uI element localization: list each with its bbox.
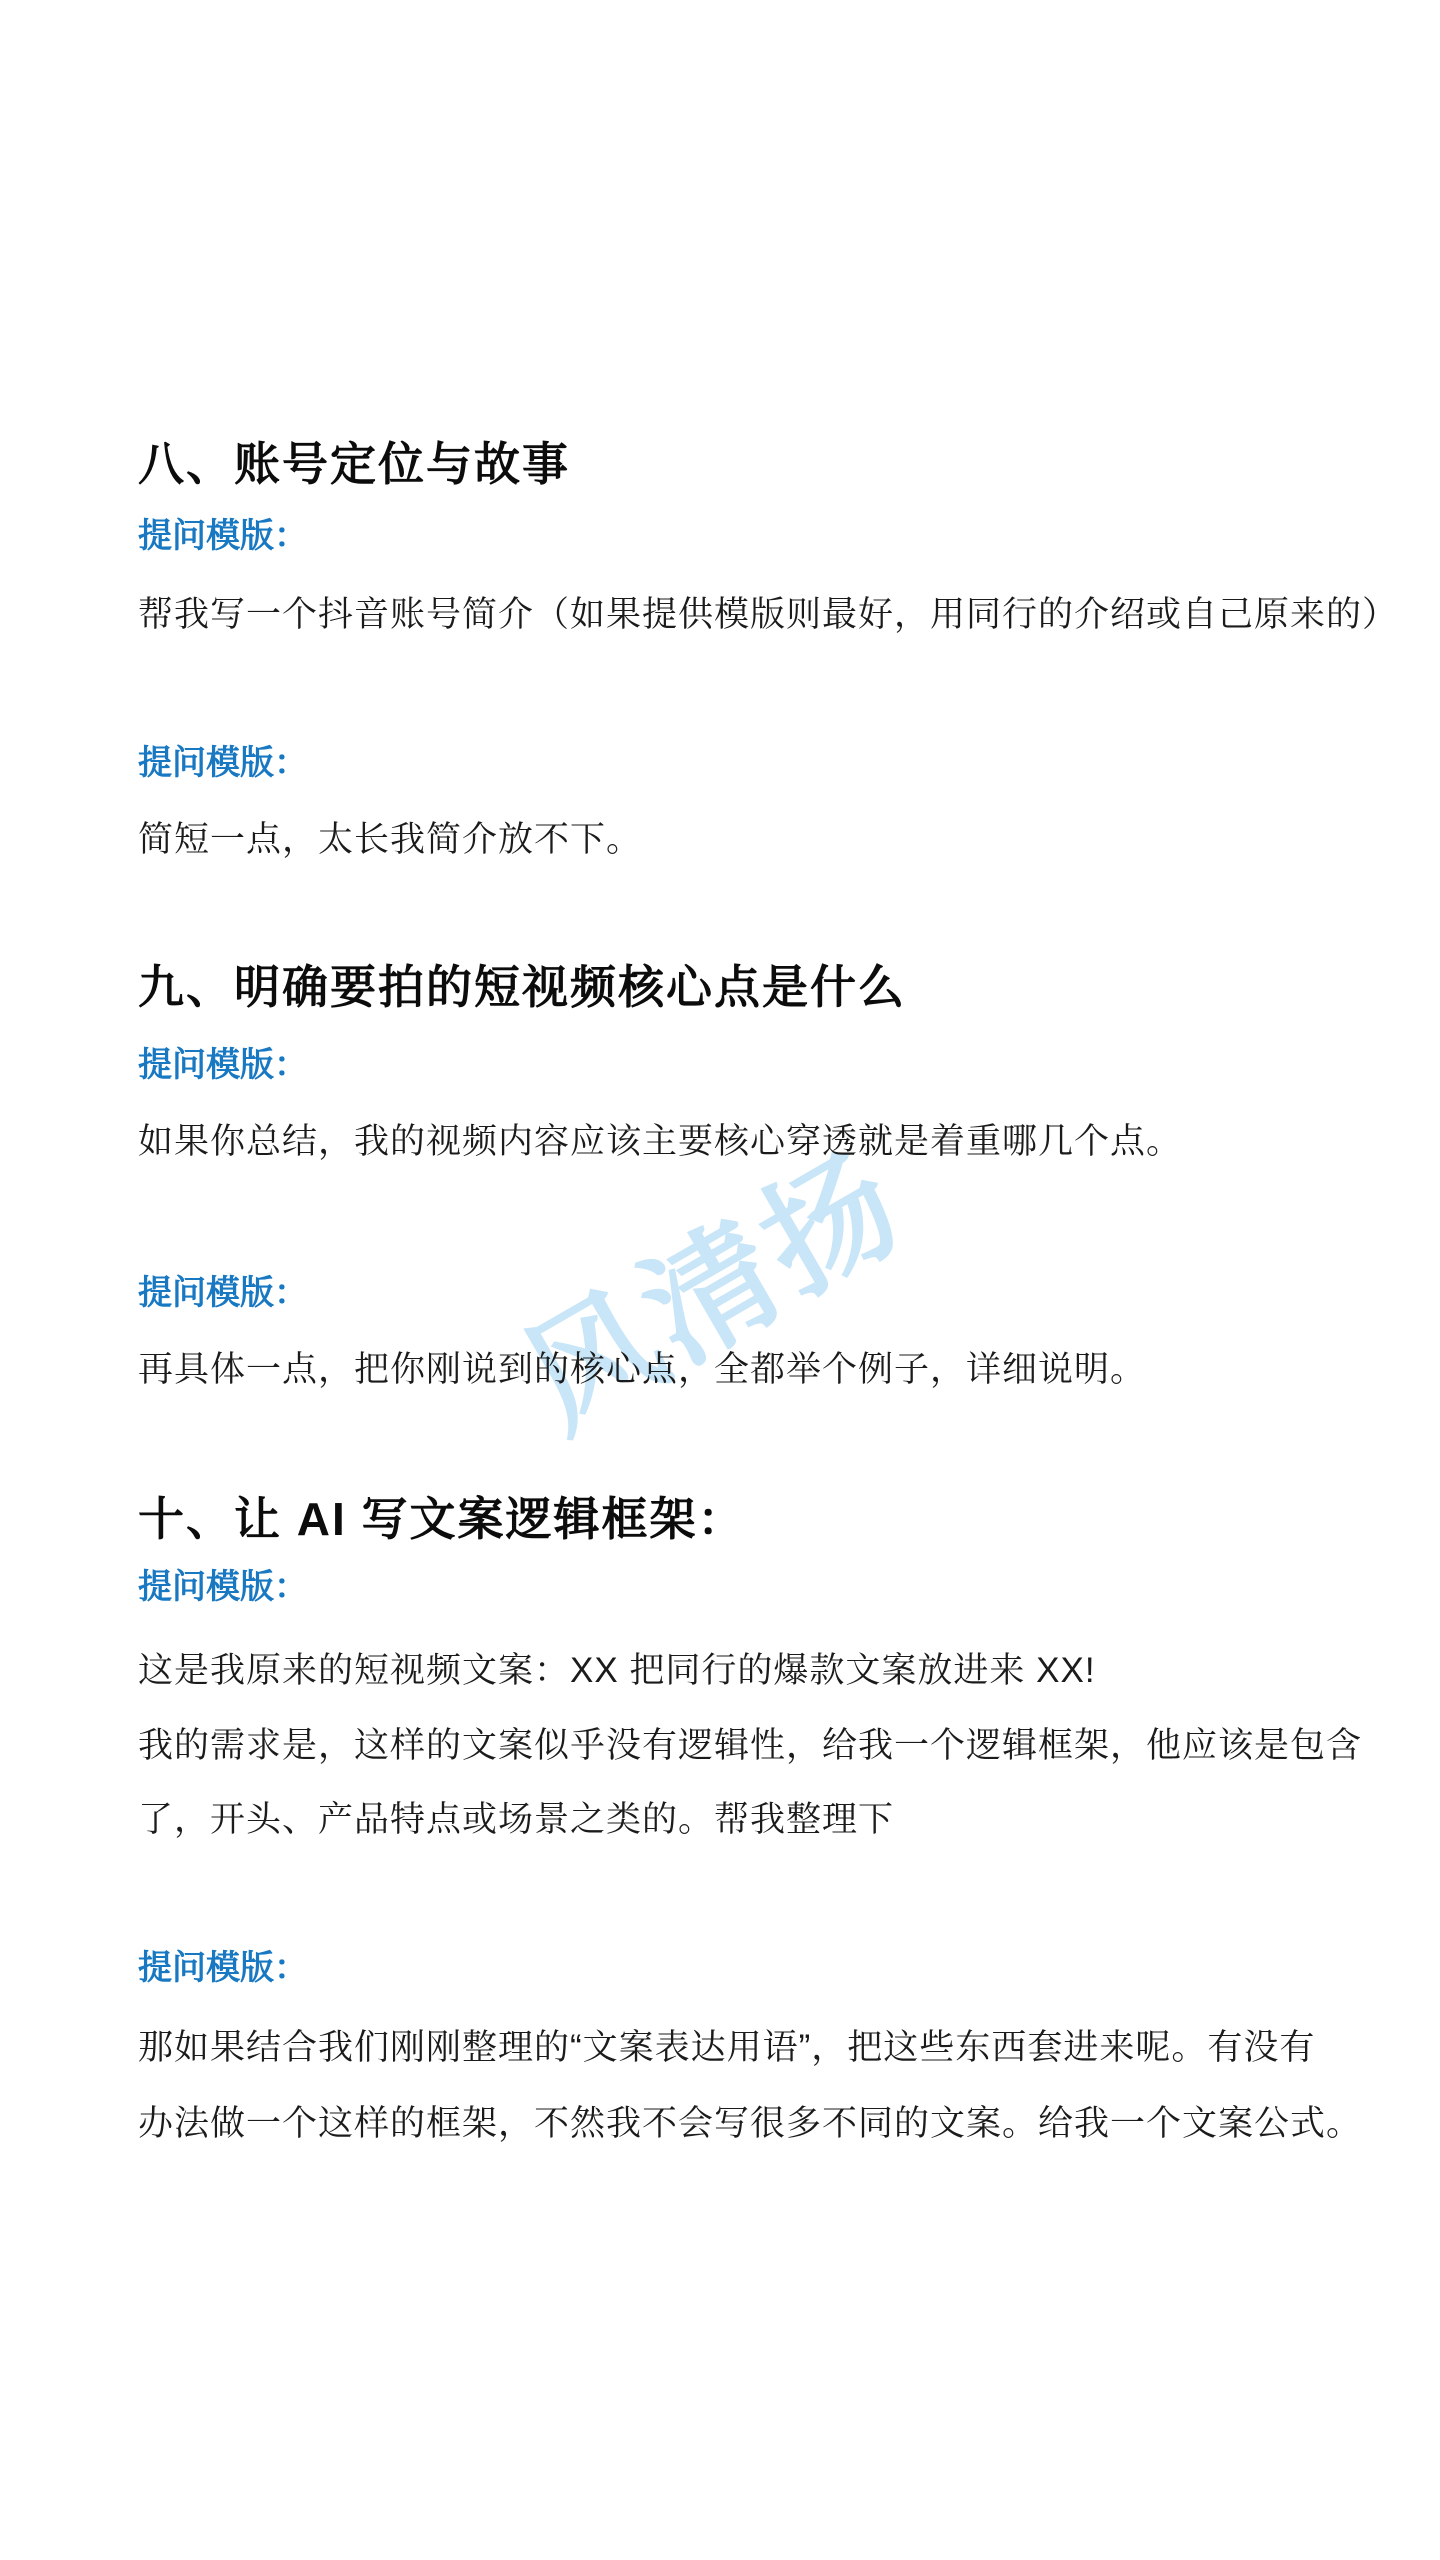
prompt-text-line: 再具体一点，把你刚说到的核心点，全都举个例子，详细说明。: [138, 1349, 1146, 1391]
prompt-template-label: 提问模版：: [138, 744, 308, 783]
prompt-text-line: 了，开头、产品特点或场景之类的。帮我整理下: [138, 1799, 894, 1841]
prompt-text-line: 我的需求是，这样的文案似乎没有逻辑性，给我一个逻辑框架，他应该是包含: [138, 1725, 1362, 1767]
section-heading-10: 十、让 AI 写文案逻辑框架：: [138, 1493, 746, 1546]
watermark: 风清扬: [503, 1132, 921, 1454]
prompt-text-line: 那如果结合我们刚刚整理的“文案表达用语”，把这些东西套进来呢。有没有: [138, 2027, 1315, 2069]
prompt-text-line: 简短一点，太长我简介放不下。: [138, 819, 642, 861]
document-page: 风清扬 八、账号定位与故事 提问模版： 帮我写一个抖音账号简介（如果提供模版则最…: [0, 0, 1440, 2560]
prompt-template-label: 提问模版：: [138, 517, 308, 556]
prompt-text-line: 办法做一个这样的框架，不然我不会写很多不同的文案。给我一个文案公式。: [138, 2103, 1362, 2145]
prompt-text-line: 帮我写一个抖音账号简介（如果提供模版则最好，用同行的介绍或自己原来的）: [138, 594, 1398, 636]
prompt-template-label: 提问模版：: [138, 1274, 308, 1313]
section-heading-9: 九、明确要拍的短视频核心点是什么: [138, 961, 906, 1014]
prompt-text-line: 这是我原来的短视频文案：XX 把同行的爆款文案放进来 XX!: [138, 1650, 1096, 1692]
section-heading-8: 八、账号定位与故事: [138, 438, 570, 491]
prompt-template-label: 提问模版：: [138, 1046, 308, 1085]
prompt-template-label: 提问模版：: [138, 1949, 308, 1988]
prompt-text-line: 如果你总结，我的视频内容应该主要核心穿透就是着重哪几个点。: [138, 1121, 1182, 1163]
prompt-template-label: 提问模版：: [138, 1568, 308, 1607]
